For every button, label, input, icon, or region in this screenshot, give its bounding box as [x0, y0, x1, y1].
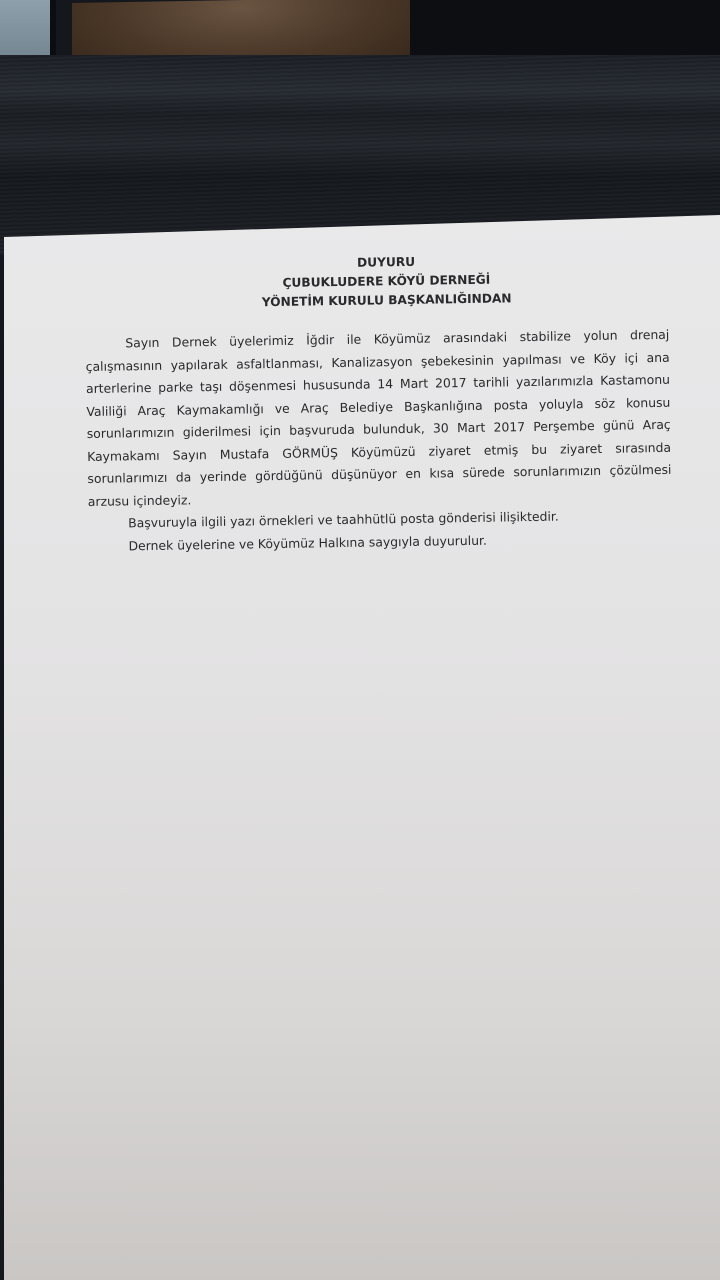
- background-dark-area: [410, 0, 720, 60]
- announcement-document: DUYURU ÇUBUKLUDERE KÖYÜ DERNEĞİ YÖNETİM …: [84, 248, 703, 558]
- document-header: DUYURU ÇUBUKLUDERE KÖYÜ DERNEĞİ YÖNETİM …: [74, 248, 699, 315]
- document-body: Sayın Dernek üyelerimiz İğdir ile Köyümü…: [85, 324, 672, 558]
- photo-scene: DUYURU ÇUBUKLUDERE KÖYÜ DERNEĞİ YÖNETİM …: [0, 0, 720, 1280]
- paragraph-1: Sayın Dernek üyelerimiz İğdir ile Köyümü…: [85, 324, 672, 513]
